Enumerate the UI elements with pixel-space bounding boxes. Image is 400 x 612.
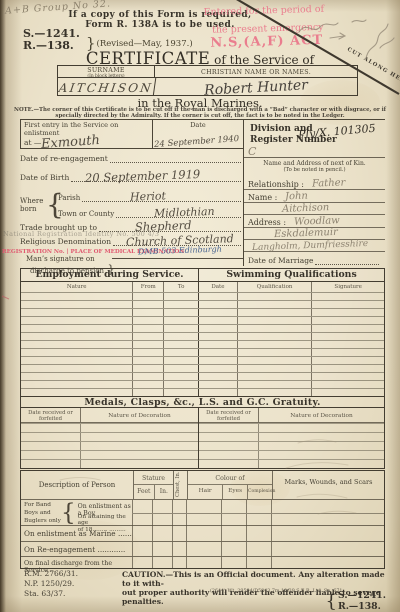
- signature-line: [112, 258, 243, 259]
- kin-address-value-3: Langholm, Dumfriesshire: [252, 239, 368, 253]
- col-to: To: [163, 282, 198, 292]
- empty-medal-row: [21, 432, 198, 441]
- kin-name-row-2: Aitchison: [244, 203, 385, 215]
- col-complexion: Complexion: [247, 485, 272, 499]
- date-of-birth-value: 20 September 1919: [85, 167, 201, 185]
- col-inches: In.: [154, 485, 174, 499]
- next-of-kin-heading: Name and Address of next of Kin. (To be …: [244, 158, 385, 175]
- col-eyes: Eyes: [222, 485, 247, 499]
- service-certificate-scan: A+B Group No 32. If a copy of this Form …: [0, 0, 400, 612]
- empty-table-row: [21, 292, 384, 300]
- final-discharge-row: On final discharge from the Service ...: [21, 556, 384, 568]
- parish-value: Heriot: [130, 189, 166, 203]
- town-row: Town or County Midlothian: [58, 209, 243, 218]
- swimming-title: Swimming Qualifications: [198, 269, 384, 281]
- enlistment-marine-row: On enlistment as Marine ......: [21, 525, 384, 541]
- empty-medal-row: [21, 450, 198, 459]
- empty-table-row: [21, 308, 384, 316]
- empty-table-row: [21, 340, 384, 348]
- relationship-value: Father: [312, 177, 346, 189]
- empty-medal-row: [21, 423, 198, 432]
- brace: {: [61, 500, 76, 525]
- empty-table-row: [21, 356, 384, 364]
- pencil-mark: C: [248, 145, 256, 158]
- enlistment-date-value: 24 September 1940: [154, 134, 240, 150]
- col-date-received: Date received or forfeited: [199, 408, 259, 422]
- reengagement-description-row: On Re-engagement ............: [21, 541, 384, 556]
- employment-title: Employment during Service.: [21, 269, 198, 281]
- empty-table-row: [21, 364, 384, 372]
- division-register-row: Division and Register Number Ply/X. 1013…: [244, 120, 385, 158]
- date-column-label: Date: [153, 120, 243, 129]
- red-edge-mark: [2, 296, 9, 299]
- empty-medal-row: [199, 432, 384, 441]
- col-from: From: [132, 282, 163, 292]
- empty-table-row: [21, 300, 384, 308]
- col-hair: Hair: [188, 485, 222, 499]
- empty-medal-row: [21, 441, 198, 450]
- corner-note: NOTE.—The corner of this Certificate is …: [13, 107, 387, 119]
- medals-section: Medals, Clasps, &c., L.S. and G.C. Gratu…: [20, 396, 385, 469]
- empty-table-row: [21, 380, 384, 388]
- emergency-stamp: Entered for the period of the present em…: [203, 3, 354, 51]
- col-nature: Nature: [21, 282, 132, 292]
- employment-swimming-table: Employment during Service. Swimming Qual…: [20, 268, 385, 397]
- stature-column: Stature Feet In.: [133, 471, 173, 499]
- kin-address-row-3: Langholm, Dumfriesshire: [244, 240, 385, 252]
- surname-header: SURNAME (In block letters): [58, 66, 155, 77]
- col-date-received: Date received or forfeited: [21, 408, 81, 422]
- empty-medal-row: [21, 459, 198, 468]
- parish-row: Parish Heriot: [58, 193, 243, 202]
- kin-name-value: John: [285, 191, 308, 203]
- marks-column: Marks, Wounds, and Scars: [272, 471, 384, 499]
- empty-table-row: [21, 372, 384, 380]
- empty-table-row: [21, 348, 384, 356]
- empty-medal-row: [199, 459, 384, 468]
- kin-address-value-1: Woodlaw: [294, 215, 340, 228]
- empty-medal-row: [199, 423, 384, 432]
- enlistment-place-value: Exmouth: [41, 133, 101, 152]
- description-of-person-table: Description of Person Stature Feet In. C…: [20, 470, 385, 569]
- date-of-marriage-row: Date of Marriage: [244, 252, 385, 265]
- empty-table-row: [21, 388, 384, 396]
- col-date: Date: [198, 282, 237, 292]
- col-feet: Feet: [134, 485, 153, 499]
- empty-table-row: [21, 324, 384, 332]
- description-person-label: Description of Person: [21, 471, 133, 499]
- band-boys-row: For Band Boys and Buglers only { On enli…: [21, 499, 384, 525]
- col-nature-decoration: Nature of Decoration: [259, 408, 384, 422]
- kin-surname-value: Aitchison: [282, 202, 330, 215]
- reference-codes: R.M. 2766/31. N.P. 1250/29. Sta. 63/37.: [24, 569, 78, 598]
- service-details-section: First entry in the Service on enlistment…: [20, 119, 385, 266]
- at-label: at —: [24, 138, 41, 147]
- col-qualification: Qualification: [237, 282, 312, 292]
- signature-label: Man’s signature on: [26, 255, 95, 263]
- empty-medal-row: [199, 450, 384, 459]
- name-box: SURNAME (In block letters) CHRISTIAN NAM…: [57, 65, 358, 96]
- chest-column: Chest, In.: [173, 471, 187, 499]
- col-nature-decoration: Nature of Decoration: [81, 408, 198, 422]
- relationship-row: Relationship : Father: [244, 175, 385, 190]
- medals-title: Medals, Clasps, &c., L.S. and G.C. Gratu…: [21, 397, 384, 408]
- kin-address-row: Address : Woodlaw: [244, 215, 385, 228]
- empty-table-row: [21, 332, 384, 340]
- reengagement-row: Date of re-engagement: [20, 154, 243, 163]
- col-signature: Signature: [311, 282, 384, 292]
- medals-table-left: Date received or forfeited Nature of Dec…: [21, 408, 198, 468]
- empty-table-row: [21, 316, 384, 324]
- where-born-group: Where born { Parish Heriot Town or Count…: [20, 190, 243, 222]
- kin-address-value-2: Eskdalemuir: [274, 227, 338, 240]
- first-entry-box: First entry in the Service on enlistment…: [20, 120, 243, 149]
- empty-medal-row: [199, 441, 384, 450]
- colour-column: Colour of Hair Eyes Complexion: [187, 471, 272, 499]
- kin-name-row: Name : John: [244, 190, 385, 203]
- date-of-birth-row: Date of Birth 20 September 1919: [20, 173, 243, 182]
- bottom-form-codes: S.—1241. R.—138.: [326, 591, 386, 612]
- surname-value: AITCHISON: [57, 78, 157, 96]
- medals-table-right: Date received or forfeited Nature of Dec…: [198, 408, 384, 468]
